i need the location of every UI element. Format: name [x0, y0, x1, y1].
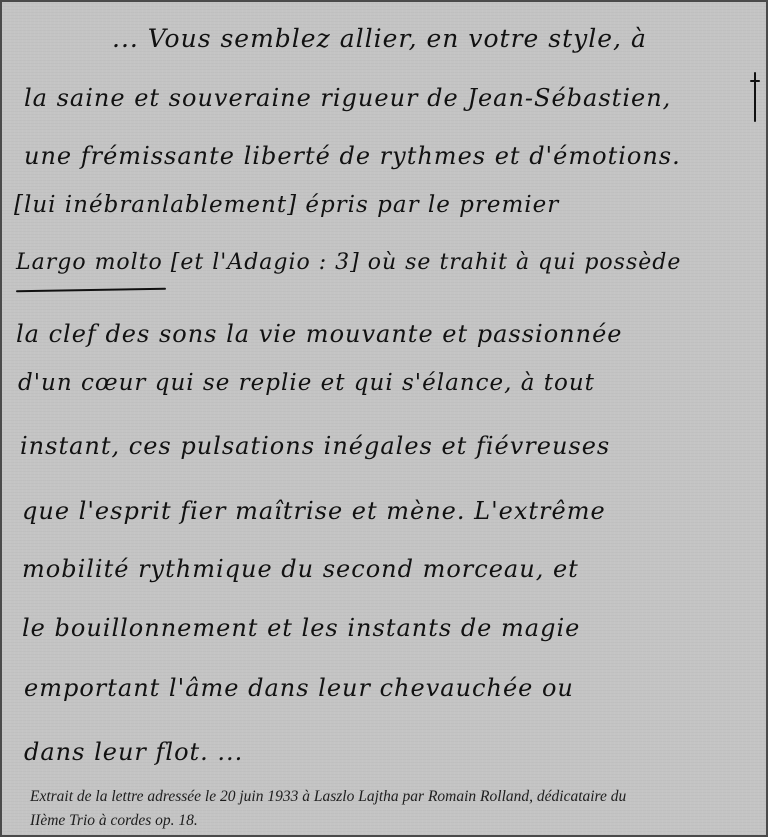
figure-caption: Extrait de la lettre adressée le 20 juin…	[30, 785, 750, 833]
handwritten-letter: ... Vous semblez allier, en votre style,…	[2, 2, 766, 780]
caption-line-1: Extrait de la lettre adressée le 20 juin…	[30, 785, 750, 809]
manuscript-line-5: Largo molto [et l'Adagio : 3] où se trah…	[16, 250, 681, 275]
caption-line-2: IIème Trio à cordes op. 18.	[30, 809, 750, 833]
manuscript-line-10: mobilité rythmique du second morceau, et	[22, 555, 579, 583]
manuscript-line-9: que l'esprit fier maîtrise et mène. L'ex…	[22, 497, 606, 525]
manuscript-line-12: emportant l'âme dans leur chevauchée ou	[24, 674, 574, 702]
manuscript-line-8: instant, ces pulsations inégales et fiév…	[20, 432, 610, 460]
manuscript-line-13: dans leur flot. ...	[24, 738, 243, 766]
manuscript-line-2: la saine et souveraine rigueur de Jean-S…	[24, 84, 671, 112]
manuscript-line-3: une frémissante liberté de rythmes et d'…	[24, 142, 681, 170]
document-page: ... Vous semblez allier, en votre style,…	[0, 0, 768, 837]
insertion-cross-stroke	[750, 80, 760, 82]
manuscript-line-4: [lui inébranlablement] épris par le prem…	[14, 192, 559, 218]
manuscript-line-7: d'un cœur qui se replie et qui s'élance,…	[18, 370, 595, 396]
largo-underline-stroke	[16, 288, 166, 293]
manuscript-line-1: ... Vous semblez allier, en votre style,…	[112, 24, 647, 53]
manuscript-line-11: le bouillonnement et les instants de mag…	[22, 614, 580, 642]
manuscript-line-6: la clef des sons la vie mouvante et pass…	[16, 320, 623, 348]
